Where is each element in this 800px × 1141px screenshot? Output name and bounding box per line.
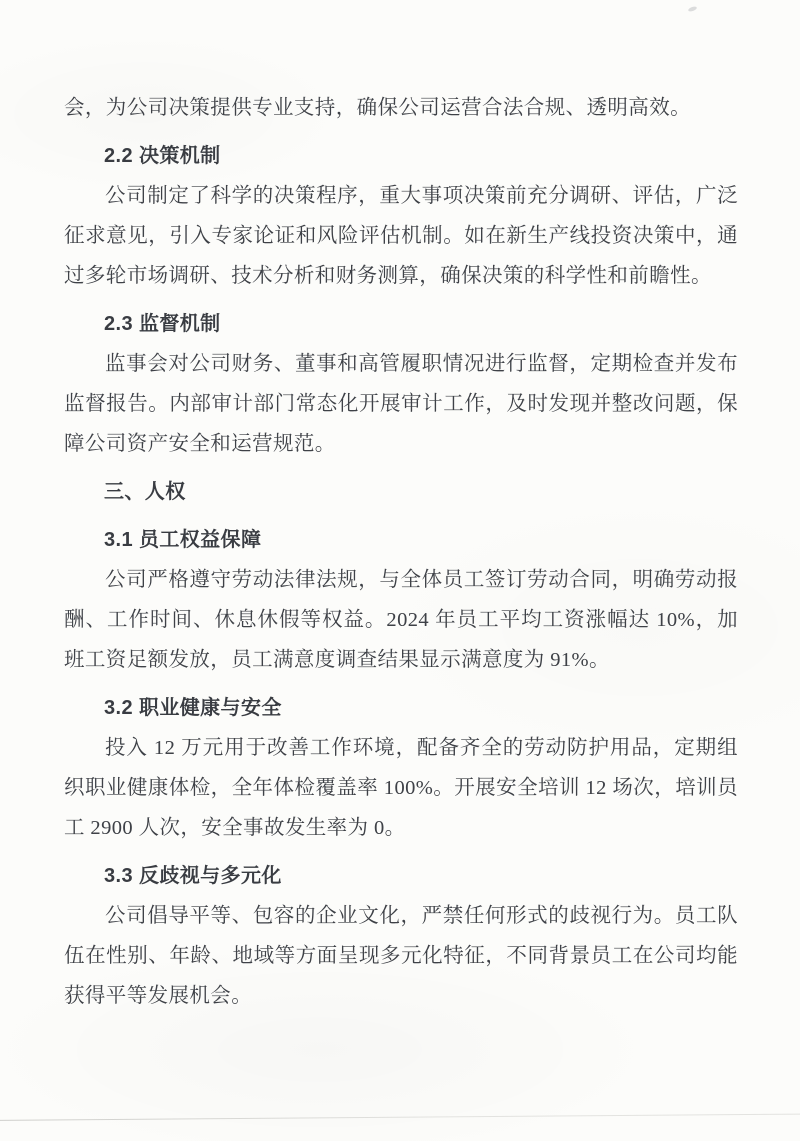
heading-3-2-occupational-health-safety: 3.2 职业健康与安全 xyxy=(64,688,738,728)
scan-speck-artifact xyxy=(688,6,698,13)
heading-3-human-rights: 三、人权 xyxy=(64,472,738,512)
heading-3-3-anti-discrimination-diversity: 3.3 反歧视与多元化 xyxy=(64,856,738,896)
scanned-document-page: 会，为公司决策提供专业支持，确保公司运营合法合规、透明高效。 2.2 决策机制 … xyxy=(0,0,800,1141)
scan-edge-line-artifact xyxy=(0,1113,800,1121)
heading-2-2-decision-mechanism: 2.2 决策机制 xyxy=(64,136,738,176)
paragraph-anti-discrimination-diversity: 公司倡导平等、包容的企业文化，严禁任何形式的歧视行为。员工队伍在性别、年龄、地域… xyxy=(64,896,738,1016)
paragraph-supervision-mechanism: 监事会对公司财务、董事和高管履职情况进行监督，定期检查并发布监督报告。内部审计部… xyxy=(64,344,738,464)
paragraph-decision-mechanism: 公司制定了科学的决策程序，重大事项决策前充分调研、评估，广泛征求意见，引入专家论… xyxy=(64,176,738,296)
heading-3-1-employee-rights: 3.1 员工权益保障 xyxy=(64,520,738,560)
paragraph-employee-rights: 公司严格遵守劳动法律法规，与全体员工签订劳动合同，明确劳动报酬、工作时间、休息休… xyxy=(64,560,738,680)
document-content: 会，为公司决策提供专业支持，确保公司运营合法合规、透明高效。 2.2 决策机制 … xyxy=(64,88,738,1016)
heading-2-3-supervision-mechanism: 2.3 监督机制 xyxy=(64,304,738,344)
paragraph-occupational-health-safety: 投入 12 万元用于改善工作环境，配备齐全的劳动防护用品，定期组织职业健康体检，… xyxy=(64,728,738,848)
paragraph-governance-continuation: 会，为公司决策提供专业支持，确保公司运营合法合规、透明高效。 xyxy=(64,88,738,128)
